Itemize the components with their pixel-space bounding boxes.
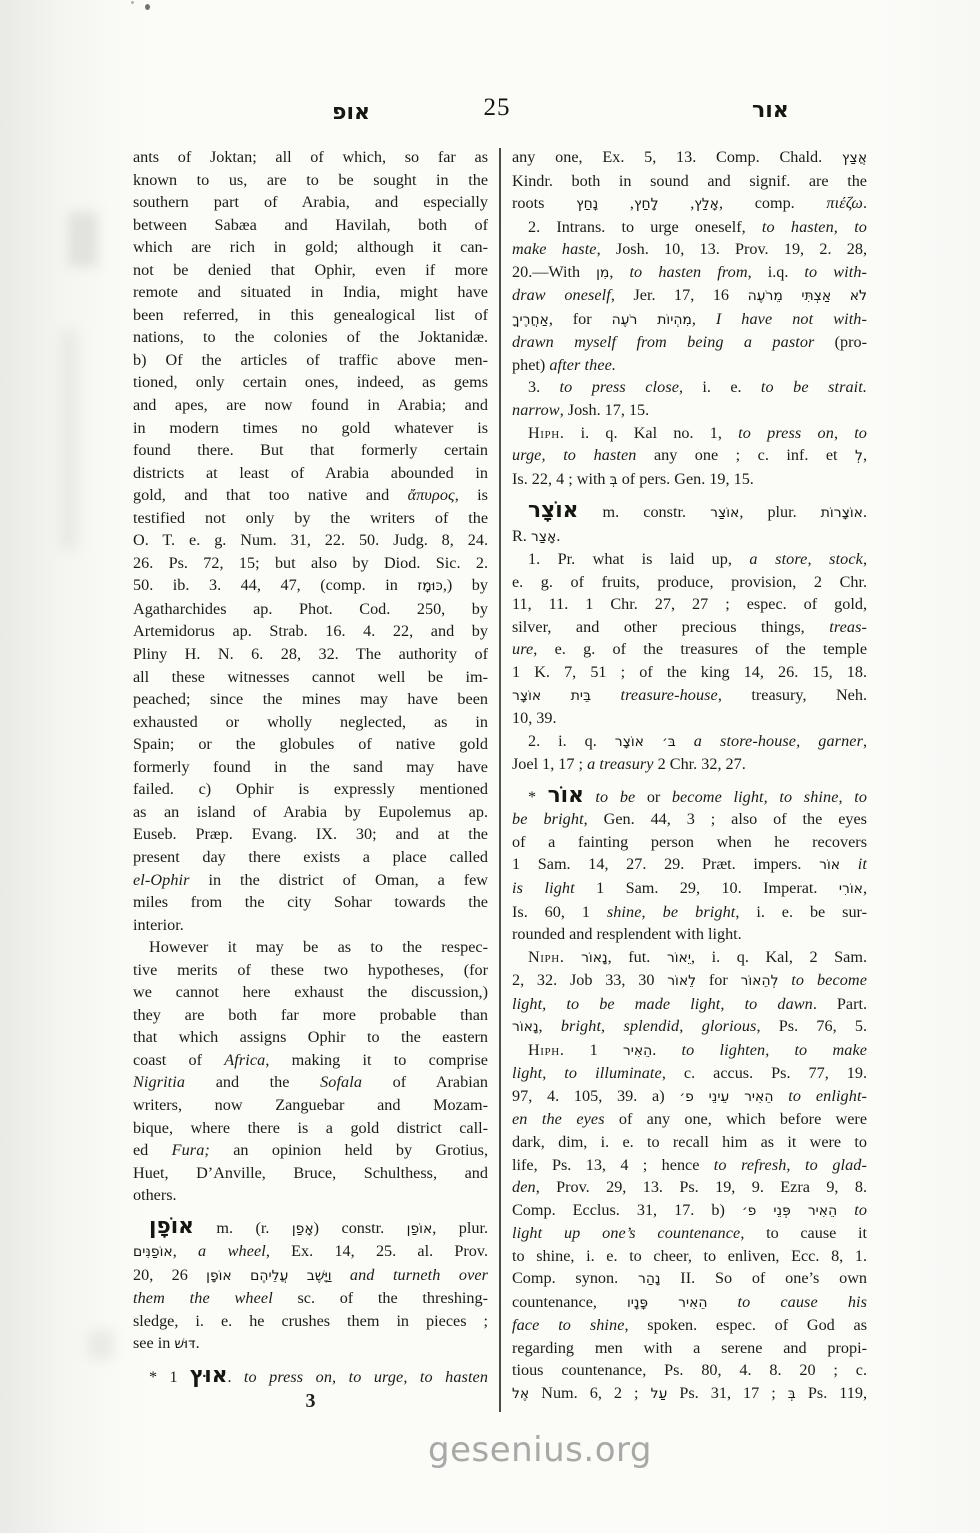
running-head-right-hebrew: אור xyxy=(752,98,789,123)
text-line: Hiph. הֵאִיר 1. to lighten, to make xyxy=(512,1039,867,1063)
text-line: Artemidorus ap. Strab. 16. 4. 22, and by xyxy=(133,620,488,643)
text-line: 2, 32. Job 33, 30 לֵאוֹר for לְהֵאוֹר to… xyxy=(512,969,867,993)
scan-smudge xyxy=(60,330,78,550)
text-line: between Sabæa and Havilah, both of xyxy=(133,214,488,237)
text-line: of a fainting person when he recovers xyxy=(512,831,867,854)
text-line: 3. to press close, i. e. to be strait. xyxy=(512,376,867,399)
text-line: coast of Africa, making it to comprise xyxy=(133,1049,488,1072)
scan-smudge xyxy=(88,1330,114,1360)
text-line: However it may be as to the respec- xyxy=(133,936,488,959)
signature-number: 3 xyxy=(133,1390,488,1413)
text-line: tious countenance, Ps. 80, 4. 8. 20 ; c. xyxy=(512,1359,867,1382)
text-line: be bright, Gen. 44, 3 ; also of the eyes xyxy=(512,808,867,831)
text-line: * אוּץ 1. to press on, to urge, to haste… xyxy=(133,1365,488,1389)
text-line: Is. 60, 1 shine, be bright, i. e. be sur… xyxy=(512,901,867,924)
text-line: אֶל Num. 6, 2 ; עַל Ps. 31, 17 ; בְּ Ps.… xyxy=(512,1382,867,1406)
text-line: O. T. e. g. Num. 31, 22. 50. Judg. 8, 24… xyxy=(133,529,488,552)
text-line: remote and situated in India, might have xyxy=(133,281,488,304)
text-line: light up one’s countenance, to cause it xyxy=(512,1222,867,1245)
text-line: writers, now Zanguebar and Mozam- xyxy=(133,1094,488,1117)
text-line: 11, 11. 1 Chr. 27, 27 ; espec. of gold, xyxy=(512,593,867,616)
text-line: they are both far more probable than xyxy=(133,1004,488,1027)
text-line: sledge, i. e. he crushes them in pieces … xyxy=(133,1310,488,1333)
text-line: Spain; or the globules of native gold xyxy=(133,733,488,756)
text-line: light, to illuminate, c. accus. Ps. 77, … xyxy=(512,1062,867,1085)
ink-speck xyxy=(145,4,150,10)
text-line: formerly found in the sand may have xyxy=(133,756,488,779)
text-line: Joel 1, 17 ; a treasury 2 Chr. 32, 27. xyxy=(512,753,867,776)
text-line: drawn myself from being a pastor (pro- xyxy=(512,331,867,354)
text-line: roots אָלַץ, לָחַץ, נָחַץ, comp. πιέζω. xyxy=(512,192,867,216)
text-line: see in דּוּשׁ. xyxy=(133,1332,488,1356)
text-line: countenance, הֵאִיר פָּנָיו to cause his xyxy=(512,1291,867,1315)
ink-speck xyxy=(131,1,134,4)
text-line: 1 K. 7, 51 ; of the king 14, 26. 15, 18. xyxy=(512,661,867,684)
text-line: 1 Sam. 14, 27. 29. Præt. impers. אוֹר it xyxy=(512,853,867,877)
text-line: southern part of Arabia, and especially xyxy=(133,191,488,214)
lexicon-page-scan: אופ 25 אור ants of Joktan; all of which,… xyxy=(0,0,980,1533)
text-line: Hiph. i. q. Kal no. 1, to press on, to xyxy=(512,422,867,445)
text-line: narrow, Josh. 17, 15. xyxy=(512,399,867,422)
running-head: אופ 25 אור xyxy=(0,94,980,134)
text-line: 1. Pr. what is laid up, a store, stock, xyxy=(512,548,867,571)
scan-smudge xyxy=(68,212,98,267)
text-line: which are rich in gold; although it can- xyxy=(133,236,488,259)
text-line: rounded and resplendent with light. xyxy=(512,923,867,946)
text-line: present day there exists a place called xyxy=(133,846,488,869)
text-line: gold, and that too native and ἄπυρος, is xyxy=(133,484,488,507)
text-line: 10, 39. xyxy=(512,707,867,730)
text-line: ants of Joktan; all of which, so far as xyxy=(133,146,488,169)
text-line: miles from the city Sohar towards the xyxy=(133,891,488,914)
text-line: regarding men with a serene and propi- xyxy=(512,1337,867,1360)
text-line: all these witnesses cannot well be im- xyxy=(133,666,488,689)
text-line: others. xyxy=(133,1184,488,1207)
text-line: Comp. synon. נָהַר II. So of one’s own xyxy=(512,1267,867,1291)
text-line: 2. i. q. בּ׳ אוֹצָר a store-house, garne… xyxy=(512,730,867,754)
text-line: them the wheel sc. of the threshing- xyxy=(133,1287,488,1310)
text-line: light, to be made light, to dawn. Part. xyxy=(512,993,867,1016)
text-line: make haste, Josh. 10, 13. Prov. 19, 2. 2… xyxy=(512,238,867,261)
text-line: den, Prov. 29, 13. Ps. 19, 9. Ezra 9, 8. xyxy=(512,1176,867,1199)
text-line: נָאוֹר, bright, splendid, glorious, Ps. … xyxy=(512,1015,867,1039)
text-line: peached; since the mines may have been xyxy=(133,688,488,711)
running-head-left-hebrew: אופ xyxy=(332,100,370,125)
page-number: 25 xyxy=(458,94,536,122)
text-line: silver, and other precious things, treas… xyxy=(512,616,867,639)
text-line: בֵּית אוֹצָר treasure-house, treasury, N… xyxy=(512,684,867,708)
text-line: Pliny H. N. 6. 28, 32. The authority of xyxy=(133,643,488,666)
left-column: ants of Joktan; all of which, so far ask… xyxy=(133,146,488,1406)
text-line: 2. Intrans. to urge oneself, to hasten, … xyxy=(512,216,867,239)
text-line: tioned, only certain ones, indeed, as ge… xyxy=(133,371,488,394)
text-line: known to us, are to be sought in the xyxy=(133,169,488,192)
text-line: 20, 26 וַיָּשֶׁב עֲלֵיהֶם אוֹפָן and tur… xyxy=(133,1264,488,1288)
text-line: is light 1 Sam. 29, 10. Imperat. אוֹרִי, xyxy=(512,877,867,901)
text-line: exhausted or wholly neglected, as in xyxy=(133,711,488,734)
text-line: e. g. of fruits, produce, provision, 2 C… xyxy=(512,571,867,594)
text-line: ure, e. g. of the treasures of the templ… xyxy=(512,638,867,661)
text-line: Is. 22, 4 ; with בְּ of pers. Gen. 19, 1… xyxy=(512,468,867,492)
text-line: 50. ib. 3. 44, 47, (comp. in כּוּמָז,) b… xyxy=(133,574,488,598)
text-line: been referred, in this genealogical list… xyxy=(133,304,488,327)
text-line: Agatharchides ap. Phot. Cod. 250, by xyxy=(133,598,488,621)
text-line: draw oneself, Jer. 17, 16 לֹא אַצְתִּי מ… xyxy=(512,284,867,308)
text-line: 26. Ps. 72, 15; but also by Diod. Sic. 2… xyxy=(133,552,488,575)
text-line: אַחֲרֶיךָ, for מִהְיוֹת רֹעֶה, I have no… xyxy=(512,308,867,332)
text-line: Huet, D’Anville, Bruce, Schulthess, and xyxy=(133,1162,488,1185)
right-column: any one, Ex. 5, 13. Comp. Chald. אֲצַץKi… xyxy=(512,146,867,1406)
text-line: we cannot here exhaust the discussion,) xyxy=(133,981,488,1004)
text-line: el-Ophir in the district of Oman, a few xyxy=(133,869,488,892)
text-line: districts at least of Arabia abounded in xyxy=(133,462,488,485)
text-columns: ants of Joktan; all of which, so far ask… xyxy=(133,146,867,1406)
text-line: אוֹפַנִּים, a wheel, Ex. 14, 25. al. Pro… xyxy=(133,1240,488,1264)
text-line: nations, to the colonies of the Joktanid… xyxy=(133,326,488,349)
text-line: that which assigns Ophir to the eastern xyxy=(133,1026,488,1049)
text-line: Niph. נָאוֹר, fut. יֵאוֹר, i. q. Kal, 2 … xyxy=(512,946,867,970)
text-line: interior. xyxy=(133,914,488,937)
text-line: אוֹצָר m. constr. אוֹצַר, plur. אוֹצָרוֹ… xyxy=(512,500,867,525)
text-line: testified not only by the writers of the xyxy=(133,507,488,530)
text-line: urge, to hasten any one ; c. inf. et לְ, xyxy=(512,444,867,468)
text-line: to shine, i. e. to cheer, to enliven, Ec… xyxy=(512,1245,867,1268)
text-line: as an island of Arabia by Eupolemus ap. xyxy=(133,801,488,824)
text-line: face to shine, spoken. espec. of God as xyxy=(512,1314,867,1337)
text-line: ed Fura; an opinion held by Grotius, xyxy=(133,1139,488,1162)
text-line: 97, 4. 105, 39. a) הֵאִיר עֵינֵי פ׳ to e… xyxy=(512,1085,867,1109)
text-line: * אוֹר to be or become light, to shine, … xyxy=(512,785,867,809)
text-line: any one, Ex. 5, 13. Comp. Chald. אֲצַץ xyxy=(512,146,867,170)
text-line: Comp. Ecclus. 31, 17. b) הֵאִיר פְּנֵי פ… xyxy=(512,1199,867,1223)
text-line: phet) after thee. xyxy=(512,354,867,377)
text-line: 20.—With מִן, to hasten from, i.q. to wi… xyxy=(512,261,867,285)
watermark: gesenius.org xyxy=(428,1430,652,1470)
text-line: found there. But that formerly certain xyxy=(133,439,488,462)
text-line: אוֹפָן m. (r. אָפַן) constr. אוֹפַן, plu… xyxy=(133,1216,488,1241)
text-line: Euseb. Præp. Evang. IX. 30; and at the xyxy=(133,823,488,846)
text-line: not be denied that Ophir, even if more xyxy=(133,259,488,282)
text-line: dark, dim, i. e. to recall him as it wer… xyxy=(512,1131,867,1154)
text-line: in modern times no gold whatever is xyxy=(133,417,488,440)
text-line: failed. c) Ophir is expressly mentioned xyxy=(133,778,488,801)
text-line: R. אָצַר. xyxy=(512,525,867,549)
text-line: life, Ps. 13, 4 ; hence to refresh, to g… xyxy=(512,1154,867,1177)
text-line: bique, where there is a gold district ca… xyxy=(133,1117,488,1140)
text-line: en the eyes of any one, which before wer… xyxy=(512,1108,867,1131)
text-line: b) Of the articles of traffic above men- xyxy=(133,349,488,372)
column-divider-rule xyxy=(488,146,512,1406)
text-line: tive merits of these two hypotheses, (fo… xyxy=(133,959,488,982)
text-line: Nigritia and the Sofala of Arabian xyxy=(133,1071,488,1094)
text-line: Kindr. both in sound and signif. are the xyxy=(512,170,867,193)
text-line: and apes, are now found in Arabia; and xyxy=(133,394,488,417)
